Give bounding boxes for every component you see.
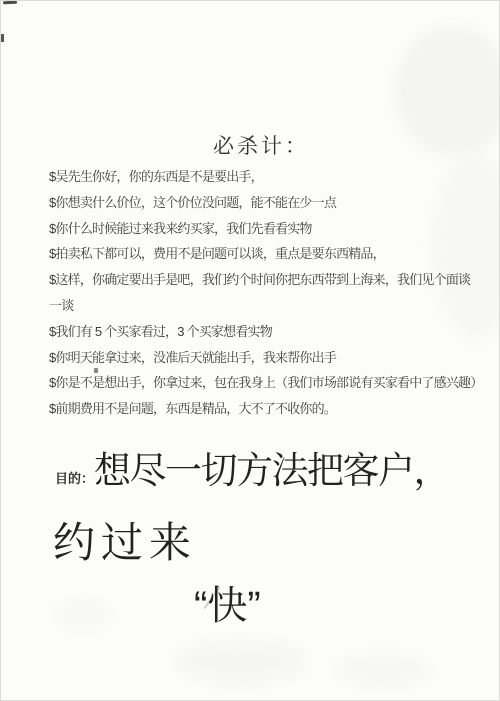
script-line: $我们有 5 个买家看过，3 个买家想看实物 xyxy=(49,319,485,345)
scan-smudge-bottom-center xyxy=(176,639,306,684)
script-line: $拍卖私下都可以，费用不是问题可以谈，重点是要东西精品， xyxy=(49,241,485,267)
script-line: $你是不是想出手，你拿过来，包在我身上（我们市场部说有买家看中了感兴趣） xyxy=(49,370,485,396)
purpose-label: 目的： xyxy=(55,468,94,487)
script-line: $你明天能拿过来，没准后天就能出手，我来帮你出手 xyxy=(49,345,485,371)
script-line: $这样，你确定要出手是吧，我们约个时间你把东西带到上海来，我们见个面谈 xyxy=(49,267,485,293)
scan-mark-top-left xyxy=(3,1,17,4)
scan-smudge-bottom-right xyxy=(336,653,431,687)
purpose-text-line2: 约过来 xyxy=(53,522,197,564)
script-line: $你什么时候能过来我来约买家，我们先看看实物 xyxy=(49,216,485,242)
purpose-row: 目的： 想尽一切方法把客户， xyxy=(55,452,449,489)
scan-smudge-bottom-left xyxy=(56,599,111,631)
emphasis-word: “快” xyxy=(194,586,261,626)
script-line-continuation: 一谈 xyxy=(49,293,485,319)
document-title: 必杀计： xyxy=(12,130,500,160)
script-lines-block: $吴先生你好，你的东西是不是要出手， $你想卖什么价位，这个价位没问题，能不能在… xyxy=(49,164,485,422)
scanned-document-page: 必杀计： $吴先生你好，你的东西是不是要出手， $你想卖什么价位，这个价位没问题… xyxy=(0,0,500,701)
purpose-text-line1: 想尽一切方法把客户， xyxy=(94,452,449,489)
script-line: $你想卖什么价位，这个价位没问题，能不能在少一点 xyxy=(49,190,485,216)
scan-mark-left-edge xyxy=(1,34,4,42)
script-line: $吴先生你好，你的东西是不是要出手， xyxy=(49,164,485,190)
script-line: $前期费用不是问题，东西是精品，大不了不收你的。 xyxy=(49,396,485,422)
